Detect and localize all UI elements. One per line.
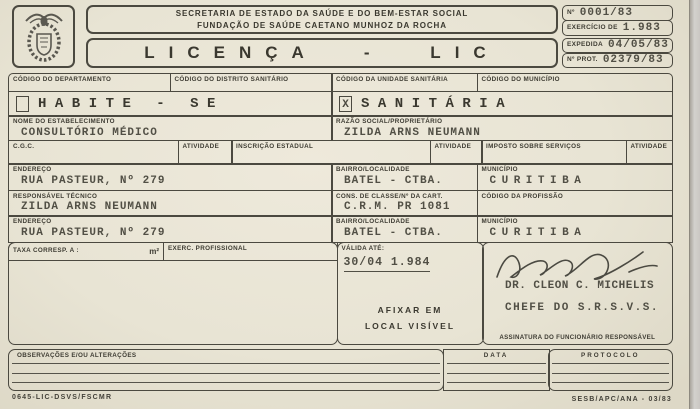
field-label: BAIRRO/LOCALIDADE (336, 166, 473, 174)
field-label: ENDEREÇO (13, 218, 328, 226)
field-label: CÓDIGO DO MUNICÍPIO (482, 76, 668, 84)
ruled-line (447, 373, 546, 374)
field-imposto-servicos: IMPOSTO SOBRE SERVIÇOS (481, 140, 627, 165)
field-codigo-municipio: CÓDIGO DO MUNICÍPIO (477, 73, 673, 92)
field-sanitaria: X SANITÁRIA (331, 91, 673, 117)
habite-se-checkbox (16, 96, 29, 112)
form-code-right: SESB/APC/ANA - 03/83 (500, 396, 672, 403)
field-municipio-2: MUNICÍPIO CURITIBA (477, 215, 673, 243)
scan-edge (689, 0, 700, 409)
form-title: LICENÇA - LIC (92, 43, 552, 63)
exercise-box: EXERCÍCIO DE 1.983 (562, 20, 673, 36)
protocol-box: Nº PROT. 02379/83 (562, 53, 673, 68)
protocolo-box: PROTOCOLO (548, 349, 673, 391)
org-line1: SECRETARIA DE ESTADO DA SAÚDE E DO BEM-E… (92, 8, 552, 20)
field-habite-se: HABITE - SE (8, 91, 333, 117)
field-responsavel-tecnico: RESPONSÁVEL TÉCNICO ZILDA ARNS NEUMANN (8, 190, 333, 217)
field-value: RUA PASTEUR, Nº 279 (21, 227, 328, 239)
field-conselho-classe: CONS. DE CLASSE/Nº DA CART. C.R.M. PR 10… (331, 190, 478, 217)
field-value: CURITIBA (490, 227, 668, 239)
field-label: ATIVIDADE (183, 143, 228, 151)
field-value: CONSULTÓRIO MÉDICO (21, 127, 328, 139)
sanitaria-checkbox: X (339, 96, 352, 112)
field-label: ATIVIDADE (631, 143, 668, 151)
afixar-line1: AFIXAR EM (338, 302, 483, 318)
issued-box: EXPEDIDA 04/05/83 (562, 38, 673, 53)
field-label: BAIRRO/LOCALIDADE (336, 218, 473, 226)
license-number-value: 0001/83 (580, 7, 633, 19)
signatory-name: DR. CLEON C. MICHELIS (505, 280, 654, 292)
field-taxa-corresp: TAXA CORRESP. A : m² (8, 242, 164, 261)
afixar-notice: AFIXAR EM LOCAL VISÍVEL (338, 302, 483, 334)
field-value: RUA PASTEUR, Nº 279 (21, 175, 328, 187)
field-label: DATA (448, 352, 545, 360)
field-label: C.G.C. (13, 143, 174, 151)
exercise-value: 1.983 (623, 22, 661, 34)
field-razao-social: RAZÃO SOCIAL/PROPRIETÁRIO ZILDA ARNS NEU… (331, 115, 673, 141)
form-code-left: 0645-LIC-DSVS/FSCMR (12, 394, 112, 401)
field-cgc: C.G.C. (8, 140, 179, 165)
field-label: TAXA CORRESP. A : (13, 247, 79, 255)
ruled-line (552, 363, 669, 364)
field-label: CONS. DE CLASSE/Nº DA CART. (336, 193, 473, 201)
protocol-value: 02379/83 (603, 54, 664, 66)
field-label: VÁLIDA ATÉ: (342, 245, 479, 253)
field-label: CÓDIGO DA PROFISSÃO (482, 193, 668, 201)
field-codigo-unidade: CÓDIGO DA UNIDADE SANITÁRIA (331, 73, 478, 92)
license-number-label: Nº (567, 9, 575, 17)
field-codigo-distrito: CÓDIGO DO DISTRITO SANITÁRIO (170, 73, 333, 92)
logo-box (12, 5, 75, 68)
paper-background: SECRETARIA DE ESTADO DA SAÚDE E DO BEM-E… (0, 0, 689, 409)
ruled-line (12, 382, 440, 383)
field-label: INSCRIÇÃO ESTADUAL (236, 143, 426, 151)
ruled-line (12, 363, 440, 364)
sanitaria-label: SANITÁRIA (361, 96, 513, 112)
field-value: BATEL - CTBA. (344, 227, 473, 239)
field-inscricao-estadual: INSCRIÇÃO ESTADUAL (231, 140, 431, 165)
field-label: CÓDIGO DO DISTRITO SANITÁRIO (175, 76, 328, 84)
signature-caption: ASSINATURA DO FUNCIONÁRIO RESPONSÁVEL (483, 334, 672, 341)
field-value: CURITIBA (490, 175, 668, 187)
field-bairro-2: BAIRRO/LOCALIDADE BATEL - CTBA. (331, 215, 478, 243)
valida-ate-value: 30/04 1.984 (344, 257, 431, 272)
field-atividade-1: ATIVIDADE (178, 140, 233, 165)
signature-scribble-icon (491, 245, 663, 285)
data-box: DATA (443, 349, 550, 391)
issued-label: EXPEDIDA (567, 41, 603, 49)
protocol-label: Nº PROT. (567, 56, 598, 64)
field-label: OBSERVAÇÕES E/OU ALTERAÇÕES (17, 352, 439, 360)
field-label: ENDEREÇO (13, 166, 328, 174)
field-endereco-1: ENDEREÇO RUA PASTEUR, Nº 279 (8, 163, 333, 191)
field-label: RAZÃO SOCIAL/PROPRIETÁRIO (336, 118, 668, 126)
exercise-label: EXERCÍCIO DE (567, 24, 618, 32)
field-codigo-departamento: CÓDIGO DO DEPARTAMENTO (8, 73, 171, 92)
field-label: PROTOCOLO (553, 352, 668, 360)
field-endereco-2: ENDEREÇO RUA PASTEUR, Nº 279 (8, 215, 333, 243)
observations-box: OBSERVAÇÕES E/OU ALTERAÇÕES (8, 349, 444, 391)
field-label: ATIVIDADE (435, 143, 478, 151)
scanned-license-form: SECRETARIA DE ESTADO DA SAÚDE E DO BEM-E… (0, 0, 700, 409)
signatory-role: CHEFE DO S.R.S.V.S. (505, 302, 659, 314)
field-label: MUNICÍPIO (482, 218, 668, 226)
field-value: ZILDA ARNS NEUMANN (21, 201, 328, 213)
field-label: NOME DO ESTABELECIMENTO (13, 118, 328, 126)
field-label: RESPONSÁVEL TÉCNICO (13, 193, 328, 201)
ruled-line (447, 363, 546, 364)
license-number-box: Nº 0001/83 (562, 5, 673, 21)
field-nome-estabelecimento: NOME DO ESTABELECIMENTO CONSULTÓRIO MÉDI… (8, 115, 333, 141)
org-header-box: SECRETARIA DE ESTADO DA SAÚDE E DO BEM-E… (86, 5, 558, 34)
field-value: C.R.M. PR 1081 (344, 201, 473, 213)
field-label: IMPOSTO SOBRE SERVIÇOS (486, 143, 622, 151)
taxa-unit: m² (149, 247, 159, 256)
field-label: EXERC. PROFISSIONAL (168, 245, 333, 253)
field-label: CÓDIGO DO DEPARTAMENTO (13, 76, 166, 84)
signature-box: DR. CLEON C. MICHELIS CHEFE DO S.R.S.V.S… (482, 242, 673, 345)
ruled-line (552, 382, 669, 383)
field-bairro-1: BAIRRO/LOCALIDADE BATEL - CTBA. (331, 163, 478, 191)
issued-value: 04/05/83 (608, 39, 669, 51)
title-box: LICENÇA - LIC (86, 38, 558, 68)
field-atividade-3: ATIVIDADE (626, 140, 673, 165)
ruled-line (552, 373, 669, 374)
field-value: ZILDA ARNS NEUMANN (344, 127, 668, 139)
habite-se-label: HABITE - SE (38, 96, 224, 112)
field-municipio-1: MUNICÍPIO CURITIBA (477, 163, 673, 191)
ruled-line (447, 382, 546, 383)
field-value: BATEL - CTBA. (344, 175, 473, 187)
afixar-line2: LOCAL VISÍVEL (338, 318, 483, 334)
field-atividade-2: ATIVIDADE (430, 140, 483, 165)
org-line2: FUNDAÇÃO DE SAÚDE CAETANO MUNHOZ DA ROCH… (92, 20, 552, 32)
field-codigo-profissao: CÓDIGO DA PROFISSÃO (477, 190, 673, 217)
coat-of-arms-icon (18, 9, 72, 65)
valida-ate-box: VÁLIDA ATÉ: 30/04 1.984 AFIXAR EM LOCAL … (337, 242, 484, 345)
ruled-line (12, 373, 440, 374)
field-label: CÓDIGO DA UNIDADE SANITÁRIA (336, 76, 473, 84)
field-label: MUNICÍPIO (482, 166, 668, 174)
field-exerc-profissional: EXERC. PROFISSIONAL (163, 242, 338, 261)
